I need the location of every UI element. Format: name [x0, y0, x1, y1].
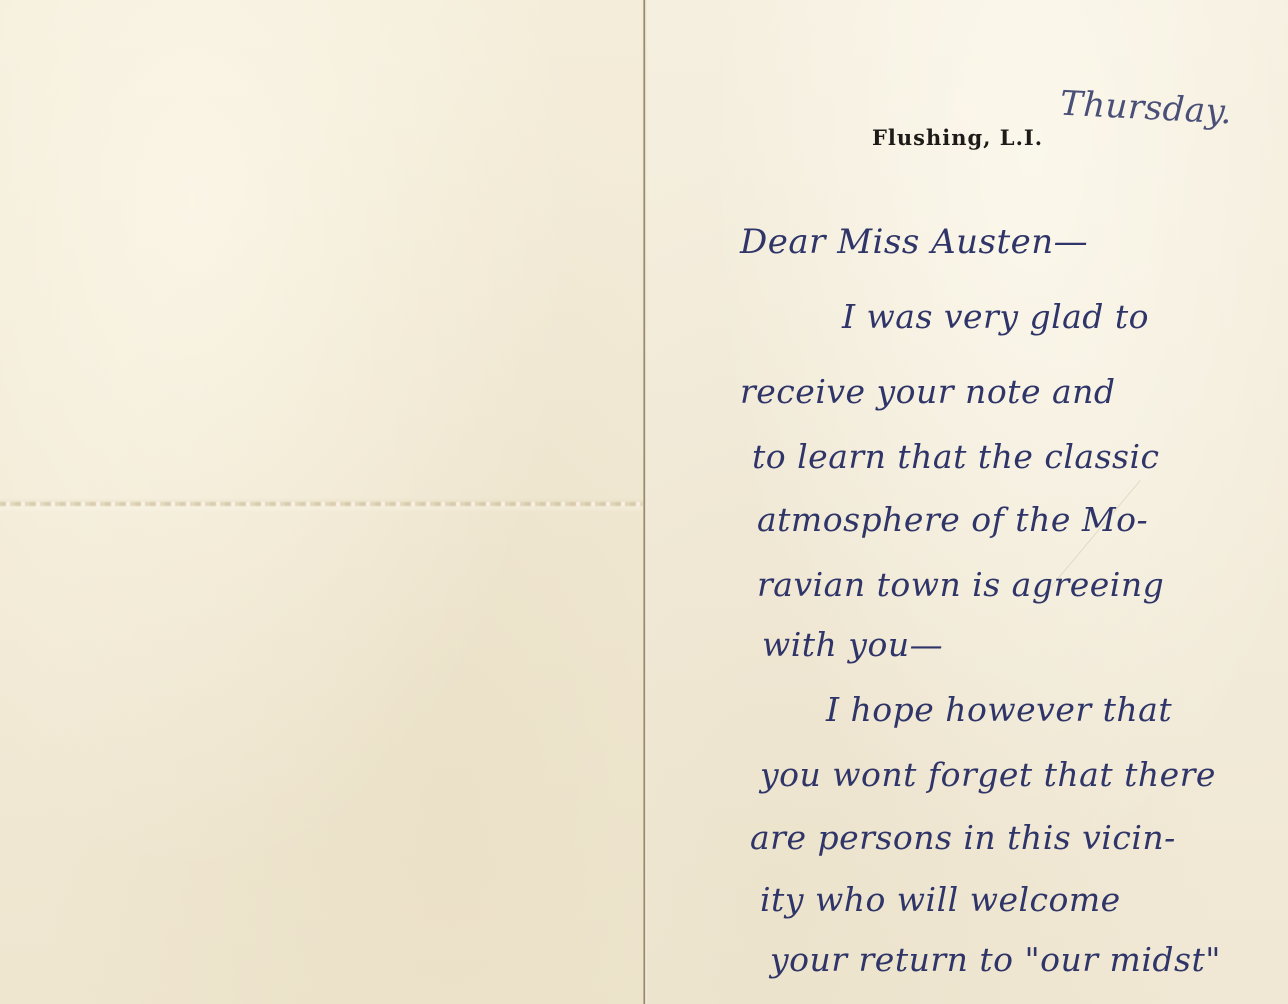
- letter-scan: Thursday. Flushing, L.I. Dear Miss Auste…: [0, 0, 1288, 1004]
- letter-line: ity who will welcome: [760, 880, 1121, 919]
- letter-line: ravian town is agreeing: [757, 565, 1164, 604]
- letter-line: to learn that the classic: [752, 437, 1160, 476]
- letter-line: with you—: [762, 625, 943, 664]
- center-spine: [643, 0, 647, 1004]
- letter-line: I hope however that: [826, 690, 1172, 729]
- letterhead: Flushing, L.I.: [872, 125, 1043, 150]
- letter-line: your return to "our midst": [770, 940, 1221, 979]
- letter-line: I was very glad to: [842, 297, 1149, 336]
- letter-line: receive your note and: [740, 372, 1116, 411]
- horizontal-fold-line: [0, 502, 643, 506]
- salutation: Dear Miss Austen—: [740, 222, 1088, 262]
- letter-line: are persons in this vicin-: [750, 818, 1176, 857]
- letter-line: atmosphere of the Mo-: [757, 500, 1148, 539]
- letter-line: you wont forget that there: [760, 755, 1216, 794]
